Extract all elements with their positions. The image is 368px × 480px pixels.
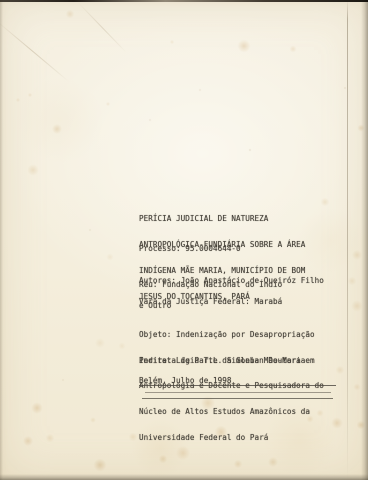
report-title-line: PERÍCIA JUDICIAL DE NATUREZA	[139, 215, 305, 224]
paper-crease	[0, 20, 69, 82]
page-edge-left	[0, 0, 3, 480]
case-subject-line: Objeto: Indenização por Desapropriação	[139, 331, 315, 340]
defendant: Réu: Fundação Nacional do Índio	[139, 281, 282, 290]
scanned-document-page: PERÍCIA JUDICIAL DE NATUREZA ANTROPOLÓGI…	[0, 0, 368, 480]
expert-credentials-line: Universidade Federal do Pará	[139, 434, 324, 443]
ruled-line	[139, 385, 336, 386]
court: Vara da Justiça Federal: Marabá	[139, 298, 282, 307]
date-location: Belém, Julho de 1998	[139, 377, 231, 386]
page-edge-bottom	[0, 474, 368, 480]
expert-credentials-line: Perita: Ligia T.L. Simonian Doutora em	[139, 357, 324, 366]
page-edge-crease	[347, 0, 348, 480]
ruled-line	[142, 398, 333, 399]
expert-credentials-line: Núcleo de Altos Estudos Amazônicos da	[139, 408, 324, 417]
paper-crease	[78, 2, 127, 53]
page-edge-top	[0, 0, 368, 2]
ruled-line	[145, 392, 331, 393]
case-number: Processo: 95.0004644-0	[139, 245, 241, 254]
page-edge-right	[361, 0, 368, 480]
expert-credentials: Perita: Ligia T.L. Simonian Doutora em A…	[139, 340, 324, 460]
